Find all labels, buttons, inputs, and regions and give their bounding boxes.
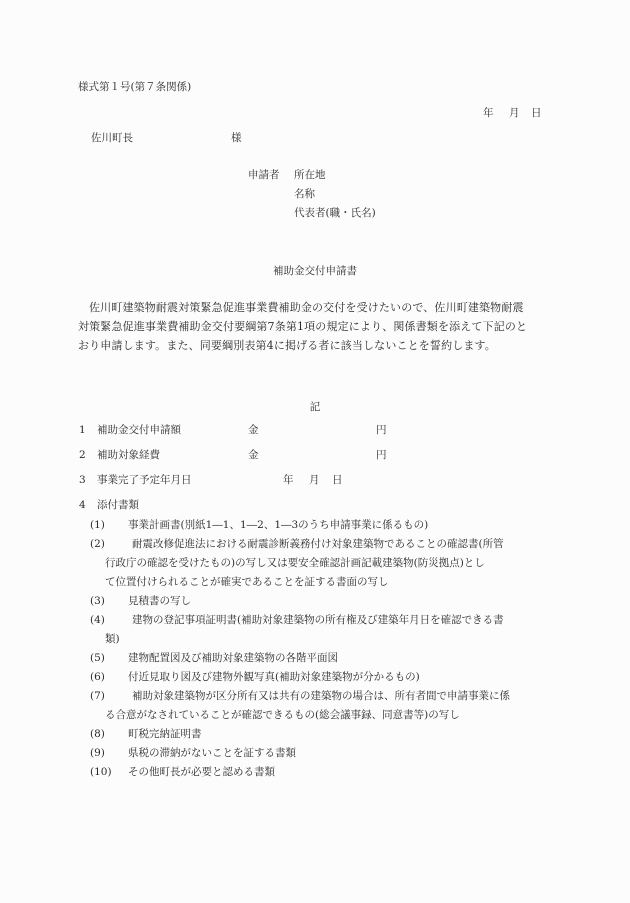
attachment-item: (1)事業計画書(別紙1―1、1―2、1―3のうち申請事業に係るもの) xyxy=(90,516,555,535)
item-label: 事業完了予定年月日 xyxy=(97,474,192,487)
attachment-number: (1) xyxy=(90,516,128,535)
attachment-item: (6)付近見取り図及び建物外観写真(補助対象建築物が分かるもの) xyxy=(90,668,555,687)
attachment-text: 町税完納証明書 xyxy=(128,728,202,740)
completion-day: 日 xyxy=(332,474,343,487)
item-label: 補助対象経費 xyxy=(97,449,160,462)
item-number: 1 xyxy=(79,424,86,437)
date-year: 年 xyxy=(483,107,494,120)
attachment-text: 建物配置図及び補助対象建築物の各階平面図 xyxy=(128,652,338,664)
item-number: 3 xyxy=(79,474,86,487)
item-number: 4 xyxy=(79,499,86,512)
attachment-text: 県税の滞納がないことを証する書類 xyxy=(128,747,296,759)
amount-prefix: 金 xyxy=(248,449,259,462)
attachment-text: 耐震改修促進法における耐震診断義務付け対象建築物であることの確認書(所管 xyxy=(128,538,504,550)
document-title: 補助金交付申請書 xyxy=(0,265,630,278)
attachment-item: (4)建物の登記事項証明書(補助対象建築物の所有権及び建築年月日を確認できる書 … xyxy=(90,611,555,649)
attachment-item: (2)耐震改修促進法における耐震診断義務付け対象建築物であることの確認書(所管 … xyxy=(90,535,555,592)
attachment-number: (6) xyxy=(90,668,128,687)
attachment-text-continued: る合意がなされていることが確認できるもの(総会議事録、同意書等)の写し xyxy=(90,706,555,725)
body-line: おり申請します。また、同要綱別表第4に掲げる者に該当しないことを誓約します。 xyxy=(78,336,554,355)
completion-year: 年 xyxy=(283,474,294,487)
attachment-text: 事業計画書(別紙1―1、1―2、1―3のうち申請事業に係るもの) xyxy=(128,519,428,531)
attachment-item: (5)建物配置図及び補助対象建築物の各階平面図 xyxy=(90,649,555,668)
amount-unit: 円 xyxy=(376,449,387,462)
completion-month: 月 xyxy=(309,474,320,487)
applicant-representative-field: 代表者(職・氏名) xyxy=(294,207,376,220)
attachment-number: (9) xyxy=(90,744,128,763)
attachment-text: 補助対象建築物が区分所有又は共有の建築物の場合は、所有者間で申請事業に係 xyxy=(128,690,510,702)
attachment-item: (8)町税完納証明書 xyxy=(90,725,555,744)
body-line: 対策緊急促進事業費補助金交付要綱第7条第1項の規定により、関係書類を添えて下記の… xyxy=(78,317,554,336)
date-month: 月 xyxy=(509,107,520,120)
attachment-number: (5) xyxy=(90,649,128,668)
addressee-name: 佐川町長 xyxy=(91,132,133,145)
attachment-number: (2) xyxy=(90,535,128,554)
attachment-number: (8) xyxy=(90,725,128,744)
addressee-honorific: 様 xyxy=(231,132,242,145)
attachment-item: (9)県税の滞納がないことを証する書類 xyxy=(90,744,555,763)
amount-prefix: 金 xyxy=(248,424,259,437)
amount-unit: 円 xyxy=(376,424,387,437)
attachment-number: (7) xyxy=(90,687,128,706)
attachment-text-continued: て位置付けられることが確実であることを証する書面の写し xyxy=(90,573,555,592)
ki-heading: 記 xyxy=(0,401,630,414)
attachment-text-continued: 行政庁の確認を受けたもの)の写し又は要安全確認計画記載建築物(防災拠点)とし xyxy=(90,554,555,573)
attachment-text: その他町長が必要と認める書類 xyxy=(128,766,275,778)
body-paragraph: 佐川町建築物耐震対策緊急促進事業費補助金の交付を受けたいので、佐川町建築物耐震 … xyxy=(78,298,554,355)
date-day: 日 xyxy=(531,107,542,120)
attachment-item: (7)補助対象建築物が区分所有又は共有の建築物の場合は、所有者間で申請事業に係 … xyxy=(90,687,555,725)
attachment-number: (4) xyxy=(90,611,128,630)
attachment-text: 見積書の写し xyxy=(128,595,191,607)
item-label: 添付書類 xyxy=(97,499,139,512)
applicant-address-field: 所在地 xyxy=(294,169,326,182)
attachment-item: (3)見積書の写し xyxy=(90,592,555,611)
attachment-text-continued: 類) xyxy=(90,630,555,649)
attachment-number: (3) xyxy=(90,592,128,611)
applicant-name-field: 名称 xyxy=(294,188,315,201)
item-number: 2 xyxy=(79,449,86,462)
attachment-item: (10)その他町長が必要と認める書類 xyxy=(90,763,555,782)
applicant-label: 申請者 xyxy=(248,169,280,182)
form-number: 様式第１号(第７条関係) xyxy=(78,81,191,94)
attachment-text: 建物の登記事項証明書(補助対象建築物の所有権及び建築年月日を確認できる書 xyxy=(128,614,504,626)
item-label: 補助金交付申請額 xyxy=(97,424,181,437)
attachment-text: 付近見取り図及び建物外観写真(補助対象建築物が分かるもの) xyxy=(128,671,420,683)
body-line: 佐川町建築物耐震対策緊急促進事業費補助金の交付を受けたいので、佐川町建築物耐震 xyxy=(78,298,554,317)
attachment-number: (10) xyxy=(90,763,128,782)
